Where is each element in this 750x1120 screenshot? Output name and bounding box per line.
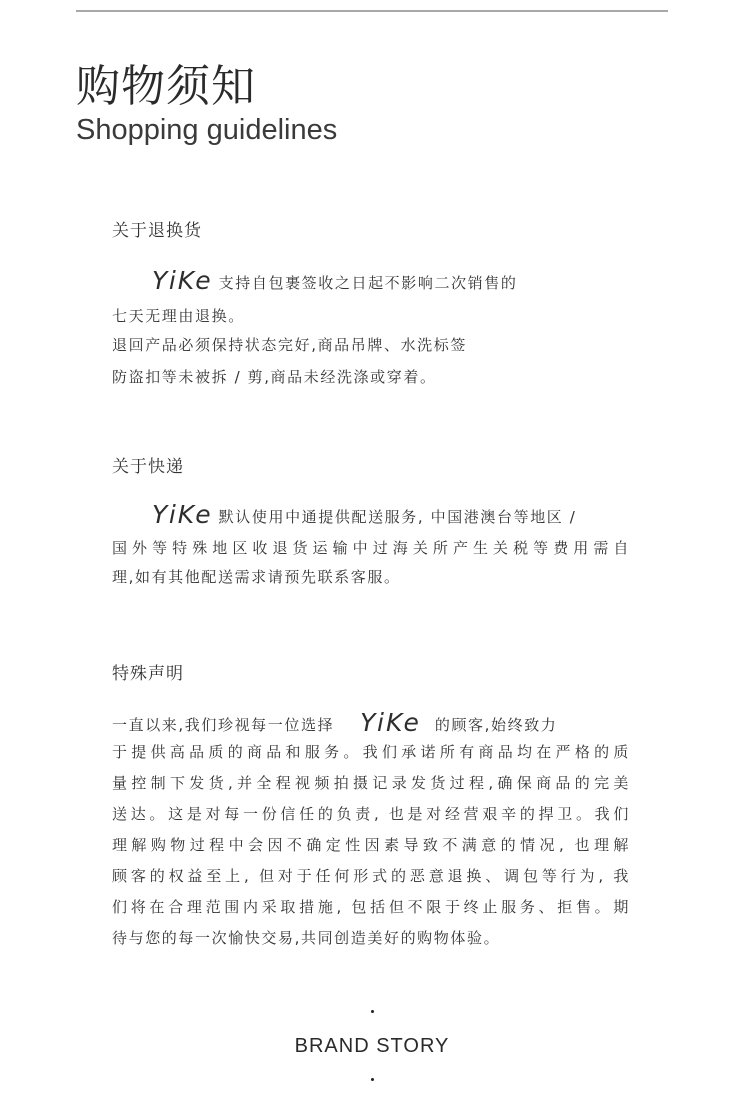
statement-line-1-after: 的顾客,始终致力 xyxy=(435,716,558,734)
returns-line-3: 退回产品必须保持状态完好,商品吊牌、水洗标签 xyxy=(112,334,467,356)
returns-line-2: 七天无理由退换。 xyxy=(112,305,245,327)
statement-line-7: 们将在合理范围内采取措施, 包括但不限于终止服务、拒售。期 xyxy=(112,896,630,918)
returns-line-4: 防盗扣等未被拆 / 剪,商品未经洗涤或穿着。 xyxy=(112,366,437,388)
statement-line-5: 理解购物过程中会因不确定性因素导致不满意的情况, 也理解 xyxy=(112,834,630,856)
section-heading-shipping: 关于快递 xyxy=(112,455,184,479)
page-subtitle: Shopping guidelines xyxy=(76,111,337,149)
brand-name: YiKe xyxy=(152,504,213,526)
decorative-dot-bottom xyxy=(371,1078,374,1081)
statement-line-6: 顾客的权益至上, 但对于任何形式的恶意退换、调包等行为, 我 xyxy=(112,865,630,887)
shipping-line-1: YiKe默认使用中通提供配送服务, 中国港澳台等地区 / xyxy=(112,504,576,528)
statement-line-2: 于提供高品质的商品和服务。我们承诺所有商品均在严格的质 xyxy=(112,741,630,763)
page-title: 购物须知 xyxy=(76,60,256,114)
statement-line-1-before: 一直以来,我们珍视每一位选择 xyxy=(112,716,334,734)
brand-name: YiKe xyxy=(152,270,213,292)
returns-line-1: YiKe支持自包裹签收之日起不影响二次销售的 xyxy=(112,270,517,294)
statement-line-8: 待与您的每一次愉快交易,共同创造美好的购物体验。 xyxy=(112,927,500,949)
statement-line-4: 送达。这是对每一份信任的负责, 也是对经营艰辛的捍卫。我们 xyxy=(112,803,630,825)
section-heading-returns: 关于退换货 xyxy=(112,219,202,243)
statement-line-3: 量控制下发货,并全程视频拍摄记录发货过程,确保商品的完美 xyxy=(112,772,630,794)
shipping-line-1-text: 默认使用中通提供配送服务, 中国港澳台等地区 / xyxy=(219,508,577,526)
statement-line-1: 一直以来,我们珍视每一位选择YiKe的顾客,始终致力 xyxy=(112,712,557,736)
shipping-line-2: 国外等特殊地区收退货运输中过海关所产生关税等费用需自 xyxy=(112,537,630,559)
brand-story-heading: BRAND STORY xyxy=(0,1034,744,1058)
top-divider xyxy=(76,10,668,12)
returns-line-1-text: 支持自包裹签收之日起不影响二次销售的 xyxy=(219,274,518,292)
shipping-line-3: 理,如有其他配送需求请预先联系客服。 xyxy=(112,566,401,588)
brand-name: YiKe xyxy=(360,712,421,734)
decorative-dot-top xyxy=(371,1010,374,1013)
section-heading-statement: 特殊声明 xyxy=(112,662,184,686)
